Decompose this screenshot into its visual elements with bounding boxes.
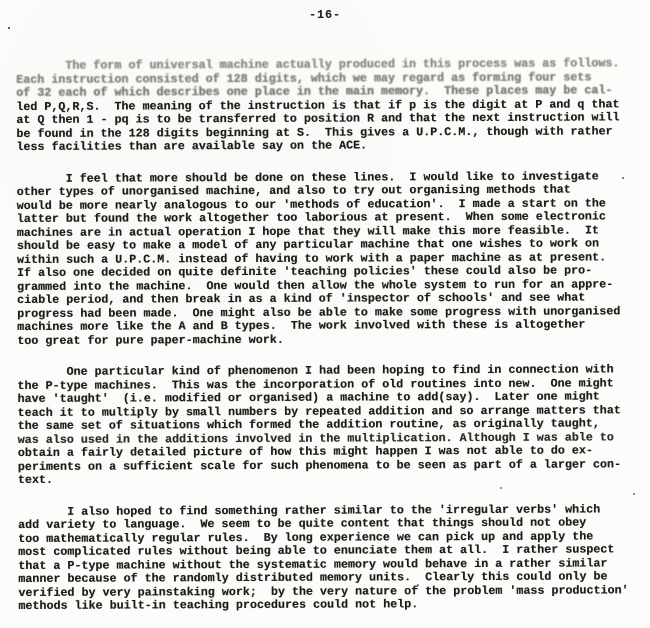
scanned-page: -16- The form of universal machine actua…: [0, 0, 650, 628]
scan-speck: [417, 584, 419, 586]
paragraph: I feel that more should be done on these…: [16, 170, 627, 348]
scan-speck: [8, 27, 10, 29]
text-line: of 32 each of which describes one place …: [16, 84, 626, 100]
text-line: less facilities than are available say o…: [16, 138, 626, 154]
page-number: -16-: [0, 8, 650, 22]
scan-speck: [622, 177, 624, 179]
paragraph: The form of universal machine actually p…: [16, 57, 627, 154]
scan-speck: [500, 487, 502, 489]
text-line: periments on a sufficient scale for such…: [18, 458, 628, 474]
scan-speck: [633, 493, 635, 495]
text-line: machines more like the A and B types. Th…: [17, 318, 627, 334]
document-text: The form of universal machine actually p…: [16, 57, 629, 628]
text-line: too great for pure paper-machine work.: [17, 332, 627, 348]
text-line: methods like built-in teaching procedure…: [18, 597, 628, 613]
paragraph: I also hoped to find something rather si…: [18, 503, 629, 614]
text-line: text.: [18, 471, 628, 487]
scan-speck: [594, 504, 596, 506]
paragraph: One particular kind of phenomenon I had …: [17, 363, 628, 487]
